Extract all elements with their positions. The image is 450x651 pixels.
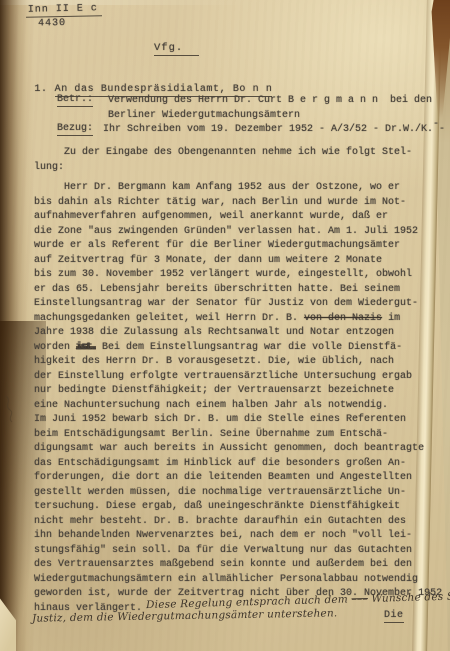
- text-line: Einstellungsantrag war der Senator für J…: [34, 297, 442, 312]
- document-scan: Inn II E c 4430 Vfg. 1.An das Bundespräs…: [0, 0, 450, 651]
- struck-text: von den Nazis: [304, 313, 382, 324]
- text-line: Wiedergutmachungsämtern ein allmählicher…: [34, 573, 442, 588]
- text-line: beim Entschädigungsamt Berlin. Seine Übe…: [34, 428, 442, 443]
- intro-paragraph: Zu der Eingabe des Obengenannten nehme i…: [34, 146, 412, 175]
- struck-text: –––: [351, 593, 368, 605]
- text-line: eine Nachuntersuchung nach einem halben …: [34, 399, 442, 414]
- text-line: digungsamt war auch bereits in Aussicht …: [34, 442, 442, 457]
- text-line: die Zone "aus zwingenden Gründen" verlas…: [34, 225, 442, 240]
- text-line: Zu der Eingabe des Obengenannten nehme i…: [34, 146, 412, 161]
- text-line: higkeit des Herrn Dr. B vorausgesetzt. D…: [34, 355, 442, 370]
- text-line: bis dahin als Richter tätig war, nach Be…: [34, 196, 442, 211]
- text-line: wurde er als Referent für die Berliner W…: [34, 239, 442, 254]
- text-line: nicht mehr besteht. Dr. B. brachte darau…: [34, 515, 442, 530]
- text-line: ihn behandelnden Nwervenarztes bei, nach…: [34, 529, 442, 544]
- text-line: Im Juni 1952 bewarb sich Dr. B. um die S…: [34, 413, 442, 428]
- reference-text: Ihr Schreiben vom 19. Dezember 1952 - A/…: [103, 123, 445, 138]
- reference-label: Bezug:: [57, 123, 93, 136]
- file-reference-number: 4430: [38, 17, 102, 29]
- reference-block: Bezug: Ihr Schreiben vom 19. Dezember 19…: [57, 123, 445, 138]
- margin-dash: -: [433, 119, 439, 130]
- text-line: bis zum 30. November 1952 verlängert wur…: [34, 268, 442, 283]
- text-line: Herr Dr. Bergmann kam Anfang 1952 aus de…: [34, 181, 442, 196]
- overstruck-text: ist.: [76, 342, 96, 353]
- text-line: aufnahmeverfahren aufgenommen, weil aner…: [34, 210, 442, 225]
- text-line: auf Zeitvertrag für 3 Monate, der dann u…: [34, 254, 442, 269]
- text-line: des Vertrauensarztes maßgebend sein konn…: [34, 558, 442, 573]
- text-line: Verwendung des Herrn Dr. Curt B e r g m …: [108, 94, 432, 109]
- catchword: Die: [384, 610, 404, 623]
- text-line: tersuchung. Diese ergab, daß uneingeschr…: [34, 500, 442, 515]
- main-paragraph: Herr Dr. Bergmann kam Anfang 1952 aus de…: [34, 181, 442, 616]
- text-line: der Einstellung erfolgte vertrauensärztl…: [34, 370, 442, 385]
- text-line: das Entschädigungsamt im Hinblick auf di…: [34, 457, 442, 472]
- file-reference-stamp: Inn II E c 4430: [26, 3, 103, 30]
- text-line: gestellt werden müssen, die nochmalige v…: [34, 486, 442, 501]
- text-line: worden ist. Bei dem Einstellungsantrag w…: [34, 341, 442, 356]
- text-line: stungsfähig" sein soll. Da für die Verwa…: [34, 544, 442, 559]
- subject-block: Betr.: Verwendung des Herrn Dr. Curt B e…: [57, 94, 432, 123]
- subject-text: Verwendung des Herrn Dr. Curt B e r g m …: [57, 94, 432, 123]
- text-line: lung:: [34, 161, 412, 176]
- item-number: 1.: [34, 84, 47, 95]
- text-line: forderungen, die dort an die leitenden B…: [34, 471, 442, 486]
- text-line: Berliner Wiedergutmachungsämtern: [108, 109, 432, 124]
- subject-label: Betr.:: [57, 94, 93, 107]
- margin-scribble: [2, 394, 18, 429]
- text-line: nur bedingte Dienstfähigkeit; der Vertra…: [34, 384, 442, 399]
- file-reference-code: Inn II E c: [26, 3, 102, 18]
- document-heading: Vfg.: [154, 42, 199, 56]
- text-line: machungsgedanken geleitet, weil Herrn Dr…: [34, 312, 442, 327]
- text-line: er das 65. Lebensjahr bereits überschrit…: [34, 283, 442, 298]
- text-line: Jahre 1938 die Zulassung als Rechtsanwal…: [34, 326, 442, 341]
